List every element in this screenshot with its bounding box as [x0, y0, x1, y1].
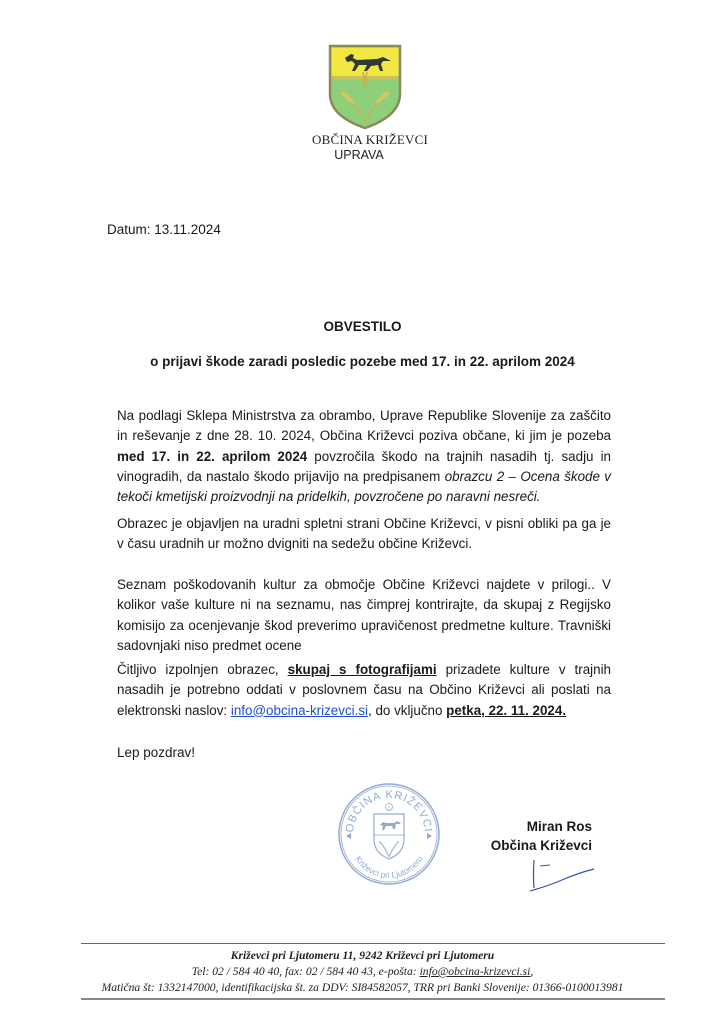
organization-unit: UPRAVA [300, 148, 418, 162]
submission-deadline: petka, 22. 11. 2024. [446, 703, 566, 718]
greeting: Lep pozdrav! [117, 745, 195, 760]
paragraph-text: Na podlagi Sklepa Ministrstva za obrambo… [117, 408, 611, 443]
footer-divider [81, 998, 665, 1000]
footer-contact: Tel: 02 / 584 40 40, fax: 02 / 584 40 43… [0, 965, 725, 978]
footer-phone-fax: Tel: 02 / 584 40 40, fax: 02 / 584 40 43… [192, 965, 420, 978]
organization-name: OBČINA KRIŽEVCI [300, 132, 440, 148]
email-link[interactable]: info@obcina-krizevci.si [231, 703, 368, 718]
footer-punctuation: , [530, 965, 533, 978]
document-date: Datum: 13.11.2024 [107, 222, 221, 237]
paragraph-text: Čitljivo izpolnjen obrazec, [117, 662, 288, 677]
document-title: OBVESTILO [0, 319, 725, 334]
footer-registration: Matična št: 1332147000, identifikacijska… [0, 981, 725, 994]
photos-requirement: skupaj s fotografijami [288, 662, 437, 677]
paragraph-crop-list: Seznam poškodovanih kultur za območje Ob… [117, 575, 611, 656]
footer-address: Križevci pri Ljutomeru 11, 9242 Križevci… [0, 949, 725, 962]
coat-of-arms-icon [327, 44, 403, 130]
paragraph-submission: Čitljivo izpolnjen obrazec, skupaj s fot… [117, 660, 611, 721]
footer-email-link[interactable]: info@obcina-krizevci.si [420, 965, 531, 978]
footer-divider [81, 943, 665, 944]
paragraph-text: , do vključno [368, 703, 446, 718]
signer-organization: Občina Križevci [470, 838, 592, 853]
svg-text:1: 1 [388, 806, 391, 812]
paragraph-legal-basis: Na podlagi Sklepa Ministrstva za obrambo… [117, 406, 611, 507]
frost-period: med 17. in 22. aprilom 2024 [117, 449, 307, 464]
official-stamp-icon: OBČINA KRIŽEVCI Križevci pri Ljutomeru 1 [336, 781, 442, 887]
handwritten-signature [528, 858, 598, 894]
paragraph-form-availability: Obrazec je objavljen na uradni spletni s… [117, 514, 611, 555]
document-subtitle: o prijavi škode zaradi posledic pozebe m… [0, 354, 725, 369]
svg-text:Križevci pri Ljutomeru: Križevci pri Ljutomeru [353, 854, 424, 880]
signer-name: Miran Ros [480, 819, 592, 834]
